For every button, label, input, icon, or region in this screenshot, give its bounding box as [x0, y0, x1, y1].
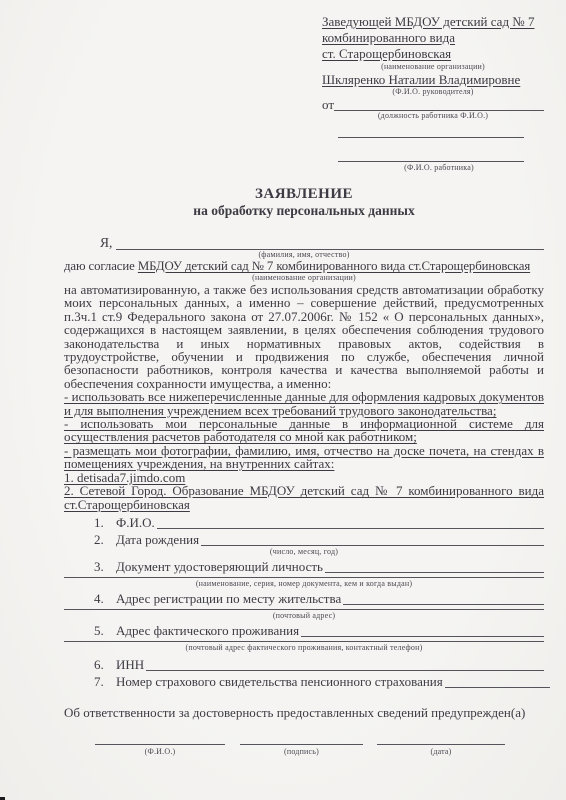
permission-item: - использовать все нижеперечисленные дан…: [64, 390, 544, 417]
org-caption: (наименование организации): [64, 273, 544, 282]
consent-prefix: даю согласие: [64, 259, 138, 273]
org-caption: (наименование организации): [322, 62, 544, 71]
addressee-line: комбинированного вида: [322, 30, 544, 46]
applicant-row: Я,: [64, 235, 544, 250]
field-number: 4.: [94, 592, 116, 605]
consent-body-paragraph: на автоматизированную, а также без испол…: [64, 283, 544, 390]
birthdate-caption: (число, месяц, год): [64, 547, 544, 556]
field-row-fio: 1. Ф.И.О.: [64, 515, 544, 529]
consent-org-name: МБДОУ детский сад № 7 комбинированного в…: [138, 259, 530, 273]
field-number: 2.: [94, 533, 116, 546]
field-label: Ф.И.О.: [116, 516, 157, 529]
registration-address-caption: (почтовый адрес): [64, 611, 544, 620]
field-row-insurance-number: 7. Номер страхового свидетельства пенсио…: [64, 674, 544, 688]
field-label: ИНН: [116, 658, 146, 671]
addressee-line: ст. Старощербиновская: [322, 46, 544, 62]
inn-blank-line: [146, 658, 544, 671]
fio-blank-line: [157, 516, 544, 529]
signature-date-blank-line: [377, 744, 505, 745]
actual-address-blank-line-2: [64, 641, 544, 642]
field-label: Адрес фактического проживания: [116, 624, 301, 637]
birthdate-blank-line: [201, 533, 544, 546]
responsibility-warning: Об ответственности за достоверность пред…: [64, 706, 544, 720]
signature-fio-blank-line: [95, 744, 225, 745]
document-content: Заведующей МБДОУ детский сад № 7 комбини…: [64, 0, 544, 756]
field-number: 5.: [94, 624, 116, 637]
document-title: ЗАЯВЛЕНИЕ на обработку персональных данн…: [64, 186, 544, 218]
signature-fio-caption: (Ф.И.О.): [95, 747, 225, 756]
position-caption: (должность работника Ф.И.О.): [322, 111, 544, 120]
from-row: от: [322, 97, 544, 111]
site-item: 1. detisada7.jimdo.com: [64, 471, 544, 484]
id-document-caption: (наименование, серия, номер документа, к…: [64, 579, 544, 588]
signature-date-caption: (дата): [377, 747, 505, 756]
permission-item: - размещать мои фотографии, фамилию, имя…: [64, 444, 544, 471]
scanned-form-page: { "header": { "addressee": [ "Заведующей…: [0, 0, 566, 800]
actual-address-blank-line: [301, 624, 544, 637]
title-main: ЗАЯВЛЕНИЕ: [64, 186, 544, 202]
field-row-inn: 6. ИНН: [64, 657, 544, 671]
registration-address-blank-line: [343, 592, 544, 605]
field-row-id-document: 3. Документ удостоверяющий личность: [64, 559, 544, 573]
consent-line: даю согласие МБДОУ детский сад № 7 комби…: [64, 260, 544, 273]
addressee-block: Заведующей МБДОУ детский сад № 7 комбини…: [322, 0, 544, 172]
fio-caption: (фамилия, имя, отчество): [64, 250, 544, 259]
signature-sign: (подпись): [240, 744, 363, 756]
head-name: Шкляренко Наталии Владимировне: [322, 72, 544, 87]
field-row-actual-address: 5. Адрес фактического проживания: [64, 623, 544, 637]
position-blank-line: [334, 98, 544, 111]
title-sub: на обработку персональных данных: [64, 204, 544, 218]
field-label: Документ удостоверяющий личность: [116, 560, 325, 573]
head-caption: (Ф.И.О. руководителя): [322, 87, 544, 96]
field-label: Адрес регистрации по месту жительства: [116, 592, 343, 605]
employee-caption: (Ф.И.О. работника): [338, 163, 540, 172]
signature-date: (дата): [377, 744, 505, 756]
signature-fio: (Ф.И.О.): [95, 744, 225, 756]
permission-item: - использовать мои персональные данные в…: [64, 417, 544, 444]
from-label: от: [322, 98, 334, 111]
pronoun-label: Я,: [100, 236, 116, 250]
personal-data-fields: 1. Ф.И.О. 2. Дата рождения (число, месяц…: [64, 515, 544, 688]
document-scan: Заведующей МБДОУ детский сад № 7 комбини…: [0, 0, 566, 800]
actual-address-caption: (почтовый адрес фактического проживания,…: [64, 643, 544, 652]
field-number: 1.: [94, 516, 116, 529]
addressee-line: Заведующей МБДОУ детский сад № 7: [322, 14, 544, 30]
applicant-name-blank-line: [116, 237, 544, 250]
site-item: 2. Сетевой Город. Образование МБДОУ детс…: [64, 484, 544, 511]
insurance-number-blank-line: [445, 675, 550, 688]
field-label: Номер страхового свидетельства пенсионно…: [116, 675, 445, 688]
employee-blank-line: [338, 161, 524, 162]
field-number: 3.: [94, 560, 116, 573]
signature-sign-caption: (подпись): [240, 747, 363, 756]
field-label: Дата рождения: [116, 533, 201, 546]
field-number: 7.: [94, 675, 116, 688]
blank-line: [338, 137, 524, 138]
signature-sign-blank-line: [240, 744, 363, 745]
registration-address-blank-line-2: [64, 609, 544, 610]
field-row-registration-address: 4. Адрес регистрации по месту жительства: [64, 591, 544, 605]
id-document-blank-line: [325, 560, 544, 573]
field-number: 6.: [94, 658, 116, 671]
field-row-birthdate: 2. Дата рождения: [64, 532, 544, 546]
signature-row: (Ф.И.О.) (подпись) (дата): [95, 744, 544, 756]
id-document-blank-line-2: [64, 577, 544, 578]
